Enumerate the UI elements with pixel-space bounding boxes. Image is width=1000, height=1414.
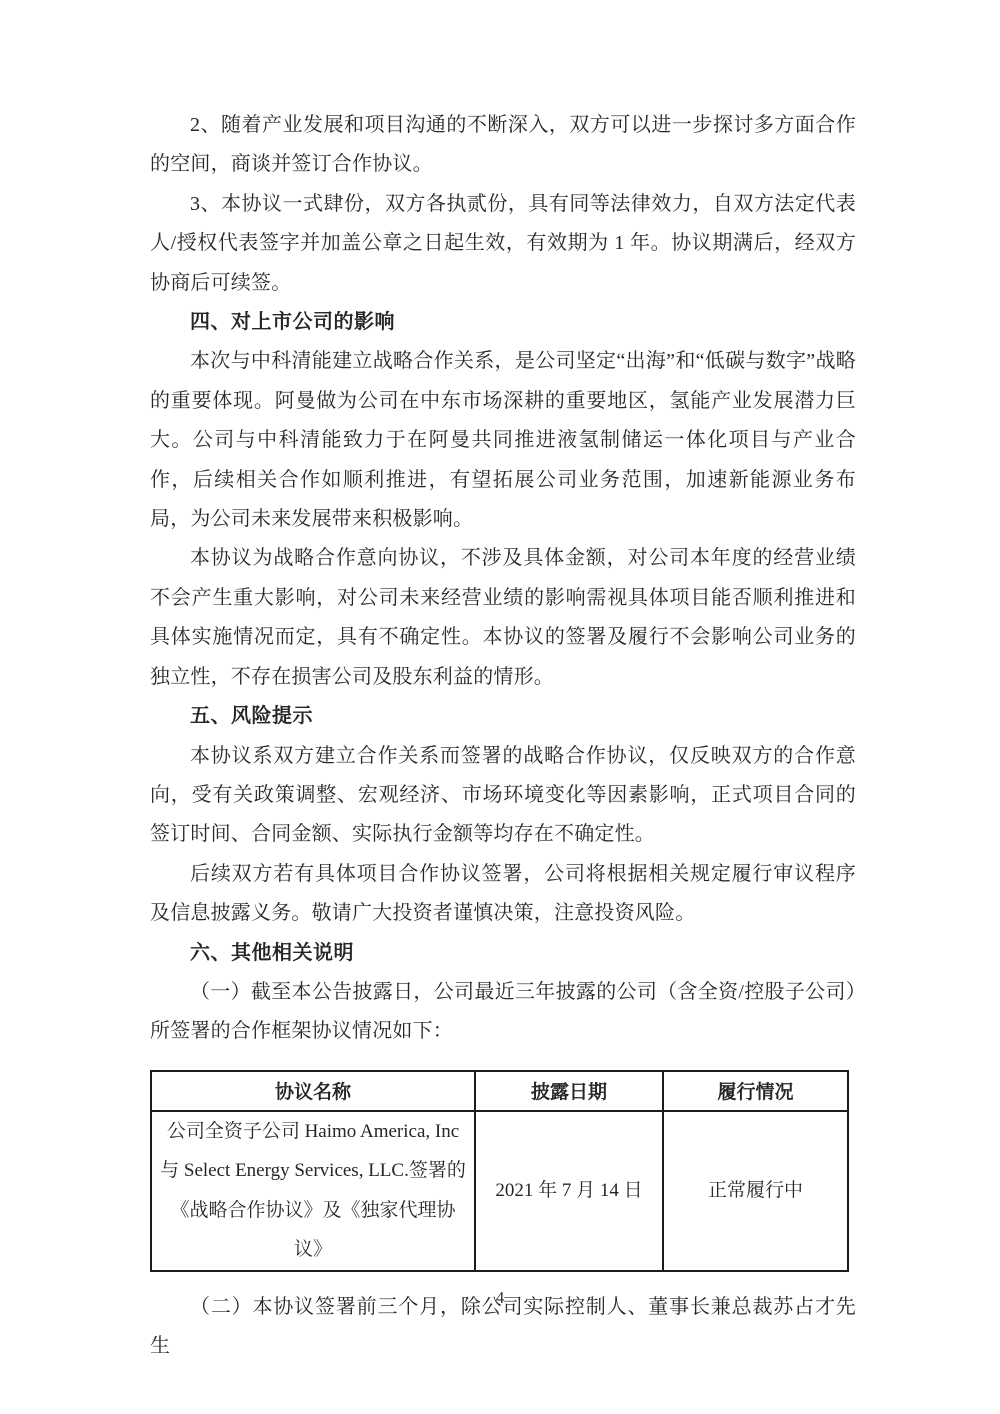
- cell-agreement-name: 公司全资子公司 Haimo America, Inc 与 Select Ener…: [151, 1111, 475, 1271]
- paragraph-4-2: 本协议为战略合作意向协议，不涉及具体金额，对公司本年度的经营业绩不会产生重大影响…: [150, 539, 856, 697]
- section-heading-6: 六、其他相关说明: [150, 934, 856, 973]
- paragraph-item-3: 3、本协议一式肆份，双方各执贰份，具有同等法律效力，自双方法定代表人/授权代表签…: [150, 185, 856, 303]
- table-row: 公司全资子公司 Haimo America, Inc 与 Select Ener…: [151, 1111, 848, 1271]
- section-heading-4: 四、对上市公司的影响: [150, 303, 856, 342]
- paragraph-5-2: 后续双方若有具体项目合作协议签署，公司将根据相关规定履行审议程序及信息披露义务。…: [150, 855, 856, 934]
- paragraph-item-2: 2、随着产业发展和项目沟通的不断深入，双方可以进一步探讨多方面合作的空间，商谈并…: [150, 106, 856, 185]
- table-header-row: 协议名称 披露日期 履行情况: [151, 1071, 848, 1111]
- cell-performance-status: 正常履行中: [663, 1111, 848, 1271]
- section-heading-5: 五、风险提示: [150, 697, 856, 736]
- table-header-agreement-name: 协议名称: [151, 1071, 475, 1111]
- agreements-table: 协议名称 披露日期 履行情况 公司全资子公司 Haimo America, In…: [150, 1070, 849, 1272]
- paragraph-6-1: （一）截至本公告披露日，公司最近三年披露的公司（含全资/控股子公司）所签署的合作…: [150, 973, 856, 1052]
- table-header-performance-status: 履行情况: [663, 1071, 848, 1111]
- cell-disclosure-date: 2021 年 7 月 14 日: [475, 1111, 663, 1271]
- table-header-disclosure-date: 披露日期: [475, 1071, 663, 1111]
- paragraph-4-1: 本次与中科清能建立战略合作关系，是公司坚定“出海”和“低碳与数字”战略的重要体现…: [150, 342, 856, 539]
- paragraph-5-1: 本协议系双方建立合作关系而签署的战略合作协议，仅反映双方的合作意向，受有关政策调…: [150, 737, 856, 855]
- document-page: 2、随着产业发展和项目沟通的不断深入，双方可以进一步探讨多方面合作的空间，商谈并…: [0, 0, 1000, 1414]
- document-content: 2、随着产业发展和项目沟通的不断深入，双方可以进一步探讨多方面合作的空间，商谈并…: [150, 106, 856, 1367]
- page-number: 4: [0, 1288, 1000, 1308]
